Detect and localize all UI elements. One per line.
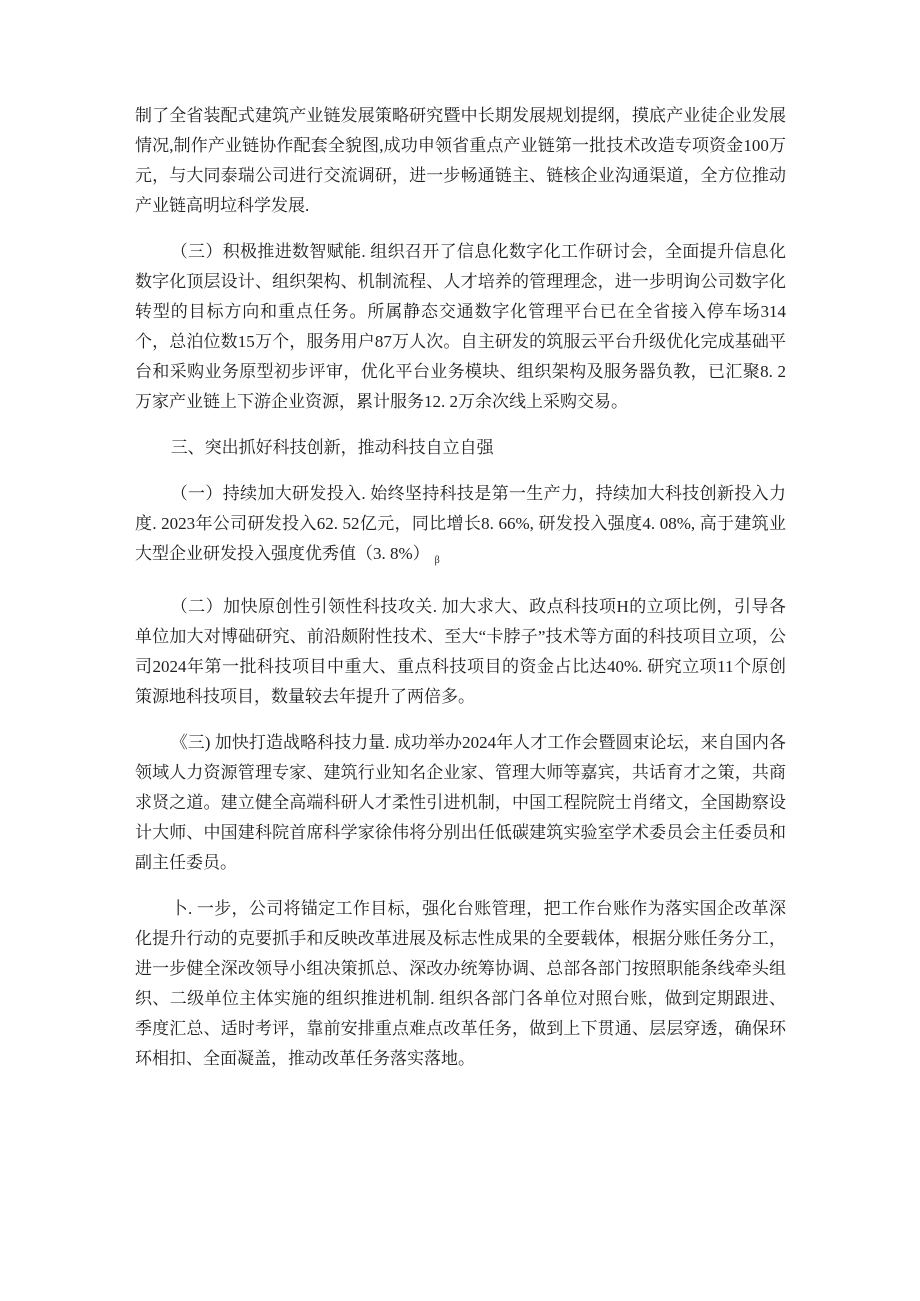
paragraph-tech-breakthrough: （二）加快原创性引领性科技攻关. 加大求大、政点科技项H的立项比例，引导各单位加… (135, 592, 786, 712)
paragraph-rd-investment: （一）持续加大研发投入. 始终坚持科技是第一生产力，持续加大科技创新投入力度. … (135, 479, 786, 576)
subscript-beta: β (435, 555, 440, 566)
paragraph-rd-investment-text: （一）持续加大研发投入. 始终坚持科技是第一生产力，持续加大科技创新投入力度. … (135, 484, 786, 563)
section-heading: 三、突出抓好科技创新，推动科技自立自强 (135, 433, 786, 463)
paragraph-digital-empowerment: （三）积极推进数智赋能. 组织召开了信息化数字化工作研讨会，全面提升信息化数字化… (135, 237, 786, 417)
paragraph-strategic-tech-talent: 《三) 加快打造战略科技力量. 成功举办2024年人才工作会暨圆束论坛，来自国内… (135, 728, 786, 878)
paragraph-next-steps: 卜. 一步，公司将锚定工作目标，强化台账管理，把工作台账作为落实国企改革深化提升… (135, 894, 786, 1074)
continued-paragraph: 制了全省装配式建筑产业链发展策略研究暨中长期发展规划提纲，摸底产业徒企业发展情况… (135, 101, 786, 221)
document-page: 制了全省装配式建筑产业链发展策略研究暨中长期发展规划提纲，摸底产业徒企业发展情况… (0, 0, 920, 1301)
